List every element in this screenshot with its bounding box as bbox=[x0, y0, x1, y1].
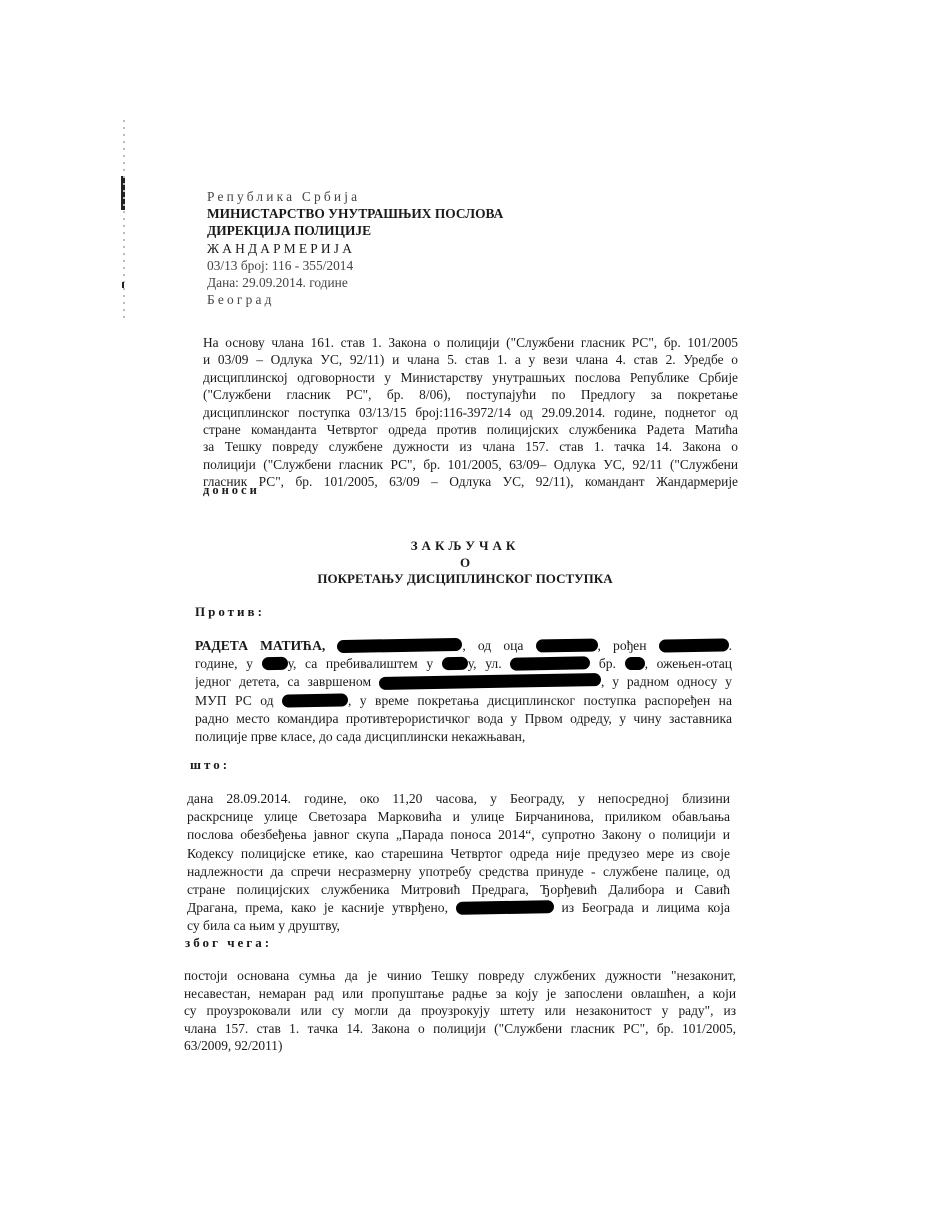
intro-line: дисциплинског поступка 03/13/15 број:116… bbox=[203, 404, 738, 421]
conclusion-subtitle: ПОКРЕТАЊУ ДИСЦИПЛИНСКОГ ПОСТУПКА bbox=[260, 571, 670, 587]
redaction bbox=[535, 638, 597, 652]
what-line: раскрснице улице Светозара Марковића и у… bbox=[187, 808, 730, 826]
against-line: полиције прве класе, до сада дисциплинск… bbox=[195, 728, 732, 746]
accused-name: РАДЕТА МАТИЋА, bbox=[195, 638, 325, 653]
redaction bbox=[658, 638, 728, 652]
redaction bbox=[379, 673, 601, 690]
document-date: Дана: 29.09.2014. године bbox=[207, 274, 503, 291]
reason-paragraph: постоји основана сумња да је чинио Тешку… bbox=[184, 967, 736, 1055]
reason-line: су проузроковали или су могли да проузро… bbox=[184, 1002, 736, 1020]
intro-paragraph: На основу члана 161. став 1. Закона о по… bbox=[203, 334, 738, 491]
reason-line: 63/2009, 92/2011) bbox=[184, 1037, 736, 1055]
intro-line: гласник РС", бр. 101/2005, 63/09 – Одлук… bbox=[203, 473, 738, 490]
redaction bbox=[282, 693, 348, 707]
reason-line: постоји основана сумња да је чинио Тешку… bbox=[184, 967, 736, 985]
intro-line: стране команданта Четвртог одреда против… bbox=[203, 421, 738, 438]
redaction bbox=[510, 657, 590, 671]
what-paragraph: дана 28.09.2014. године, око 11,20 часов… bbox=[187, 790, 730, 936]
intro-line: дисциплинској одговорности у Министарств… bbox=[203, 369, 738, 386]
intro-line: и 03/09 – Одлука УС, 92/11) и члана 5. с… bbox=[203, 351, 738, 368]
scan-artifact bbox=[123, 120, 125, 320]
intro-line: за Тешку повреду службене дужности из чл… bbox=[203, 438, 738, 455]
against-line: године, у у, са пребивалиштем у у, ул. б… bbox=[195, 655, 732, 673]
what-line: послова обезбеђења јавног скупа „Парада … bbox=[187, 826, 730, 844]
intro-line: полицији ("Службени гласник РС", бр. 101… bbox=[203, 456, 738, 473]
what-line: надлежности да спречи несразмерну употре… bbox=[187, 863, 730, 881]
redaction bbox=[624, 657, 644, 670]
redaction bbox=[261, 657, 287, 670]
unit-name: ЖАНДАРМЕРИЈА bbox=[207, 240, 503, 257]
redaction bbox=[337, 638, 462, 653]
redaction bbox=[456, 900, 554, 915]
what-line: дана 28.09.2014. године, око 11,20 часов… bbox=[187, 790, 730, 808]
what-line: стране полицијских службеника Митровић П… bbox=[187, 881, 730, 899]
ministry-name: МИНИСТАРСТВО УНУТРАШЊИХ ПОСЛОВА bbox=[207, 205, 503, 222]
redaction bbox=[442, 657, 468, 670]
against-paragraph: РАДЕТА МАТИЋА, , од оца , рођен . године… bbox=[195, 637, 732, 746]
decision-verb: доноси bbox=[203, 483, 260, 498]
reason-line: члана 157. став 1. тачка 14. Закона о по… bbox=[184, 1020, 736, 1038]
document-header: Република Србија МИНИСТАРСТВО УНУТРАШЊИХ… bbox=[207, 188, 503, 308]
intro-line: На основу члана 161. став 1. Закона о по… bbox=[203, 334, 738, 351]
against-line: једног детета, са завршеном , у радном о… bbox=[195, 673, 732, 691]
intro-line: ("Службени гласник РС", бр. 8/06), посту… bbox=[203, 386, 738, 403]
what-line: Драгана, према, како је касније утврђено… bbox=[187, 899, 730, 917]
what-line: су била са њим у друштву, bbox=[187, 917, 730, 935]
document-city: Београд bbox=[207, 291, 503, 308]
against-line: радно место командира противтерористичко… bbox=[195, 710, 732, 728]
reason-label: због чега: bbox=[185, 935, 272, 951]
against-label: Против: bbox=[195, 604, 265, 620]
document-number: 03/13 број: 116 - 355/2014 bbox=[207, 257, 503, 274]
directorate-name: ДИРЕКЦИЈА ПОЛИЦИЈЕ bbox=[207, 222, 503, 239]
what-label: што: bbox=[190, 757, 230, 773]
what-line: Кодексу полицијске етике, као старешина … bbox=[187, 845, 730, 863]
scan-artifact bbox=[122, 282, 124, 288]
country-name: Република Србија bbox=[207, 188, 503, 205]
against-line: РАДЕТА МАТИЋА, , од оца , рођен . bbox=[195, 637, 732, 655]
reason-line: несавестан, немаран рад или пропуштање р… bbox=[184, 985, 736, 1003]
conclusion-title-o: О bbox=[260, 555, 670, 571]
against-line: МУП РС од , у време покретања дисциплинс… bbox=[195, 692, 732, 710]
conclusion-title: ЗАКЉУЧАК bbox=[260, 538, 670, 554]
